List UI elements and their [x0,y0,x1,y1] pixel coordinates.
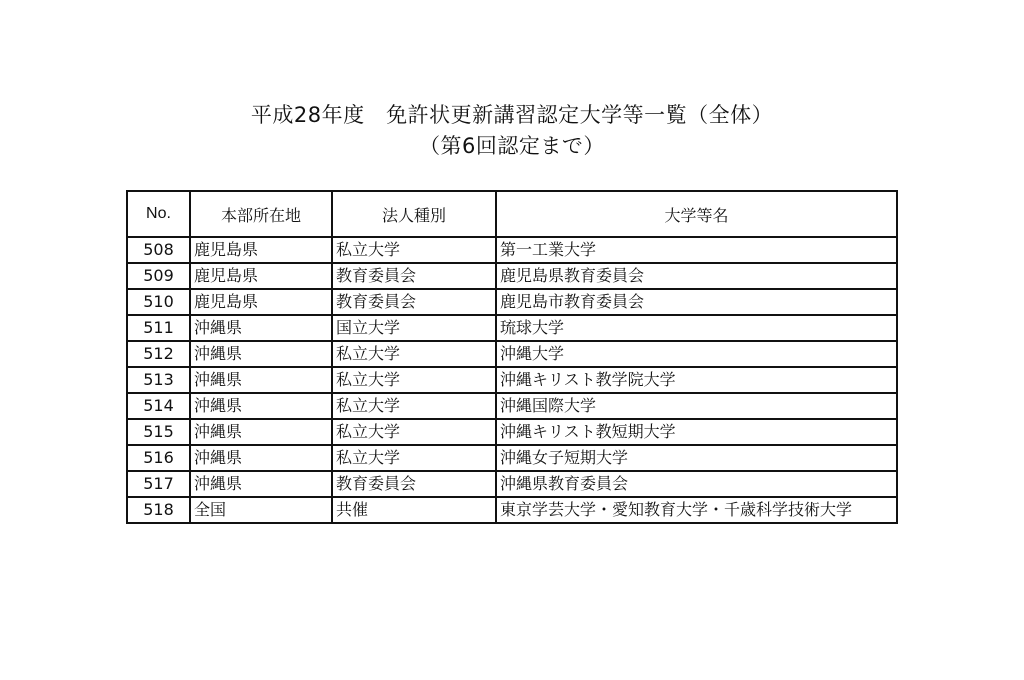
cell-corp-type: 私立大学 [332,419,496,445]
document-subtitle: （第6回認定まで） [0,133,1024,159]
table-row: 514 沖縄県 私立大学 沖縄国際大学 [127,393,897,419]
cell-location: 沖縄県 [190,393,332,419]
table-row: 508 鹿児島県 私立大学 第一工業大学 [127,237,897,263]
cell-institution: 沖縄県教育委員会 [496,471,897,497]
cell-corp-type: 私立大学 [332,341,496,367]
header-location: 本部所在地 [190,191,332,237]
table-row: 518 全国 共催 東京学芸大学・愛知教育大学・千歳科学技術大学 [127,497,897,523]
cell-corp-type: 私立大学 [332,237,496,263]
cell-corp-type: 共催 [332,497,496,523]
table-row: 512 沖縄県 私立大学 沖縄大学 [127,341,897,367]
cell-location: 鹿児島県 [190,237,332,263]
cell-no: 515 [127,419,190,445]
cell-location: 沖縄県 [190,315,332,341]
cell-institution: 沖縄女子短期大学 [496,445,897,471]
cell-location: 沖縄県 [190,341,332,367]
cell-no: 513 [127,367,190,393]
cell-institution: 琉球大学 [496,315,897,341]
cell-location: 沖縄県 [190,419,332,445]
cell-corp-type: 私立大学 [332,393,496,419]
cell-corp-type: 教育委員会 [332,289,496,315]
cell-institution: 沖縄国際大学 [496,393,897,419]
table-row: 509 鹿児島県 教育委員会 鹿児島県教育委員会 [127,263,897,289]
cell-institution: 第一工業大学 [496,237,897,263]
cell-location: 鹿児島県 [190,289,332,315]
cell-corp-type: 国立大学 [332,315,496,341]
table-row: 513 沖縄県 私立大学 沖縄キリスト教学院大学 [127,367,897,393]
cell-institution: 鹿児島市教育委員会 [496,289,897,315]
cell-no: 510 [127,289,190,315]
table-row: 516 沖縄県 私立大学 沖縄女子短期大学 [127,445,897,471]
document-title: 平成28年度 免許状更新講習認定大学等一覧（全体） [0,102,1024,128]
header-institution: 大学等名 [496,191,897,237]
cell-location: 沖縄県 [190,367,332,393]
cell-corp-type: 私立大学 [332,445,496,471]
cell-no: 514 [127,393,190,419]
cell-no: 508 [127,237,190,263]
cell-institution: 鹿児島県教育委員会 [496,263,897,289]
cell-no: 509 [127,263,190,289]
cell-corp-type: 教育委員会 [332,263,496,289]
cell-no: 516 [127,445,190,471]
cell-corp-type: 私立大学 [332,367,496,393]
cell-location: 沖縄県 [190,445,332,471]
cell-no: 518 [127,497,190,523]
cell-no: 512 [127,341,190,367]
cell-no: 511 [127,315,190,341]
cell-corp-type: 教育委員会 [332,471,496,497]
table-header-row: No. 本部所在地 法人種別 大学等名 [127,191,897,237]
table-row: 517 沖縄県 教育委員会 沖縄県教育委員会 [127,471,897,497]
header-corp-type: 法人種別 [332,191,496,237]
cell-institution: 沖縄大学 [496,341,897,367]
header-no: No. [127,191,190,237]
table-row: 511 沖縄県 国立大学 琉球大学 [127,315,897,341]
cell-institution: 沖縄キリスト教学院大学 [496,367,897,393]
cell-no: 517 [127,471,190,497]
cell-location: 沖縄県 [190,471,332,497]
accredited-institutions-table: No. 本部所在地 法人種別 大学等名 508 鹿児島県 私立大学 第一工業大学… [126,190,898,524]
table-row: 515 沖縄県 私立大学 沖縄キリスト教短期大学 [127,419,897,445]
table-row: 510 鹿児島県 教育委員会 鹿児島市教育委員会 [127,289,897,315]
cell-location: 鹿児島県 [190,263,332,289]
cell-institution: 東京学芸大学・愛知教育大学・千歳科学技術大学 [496,497,897,523]
cell-institution: 沖縄キリスト教短期大学 [496,419,897,445]
cell-location: 全国 [190,497,332,523]
